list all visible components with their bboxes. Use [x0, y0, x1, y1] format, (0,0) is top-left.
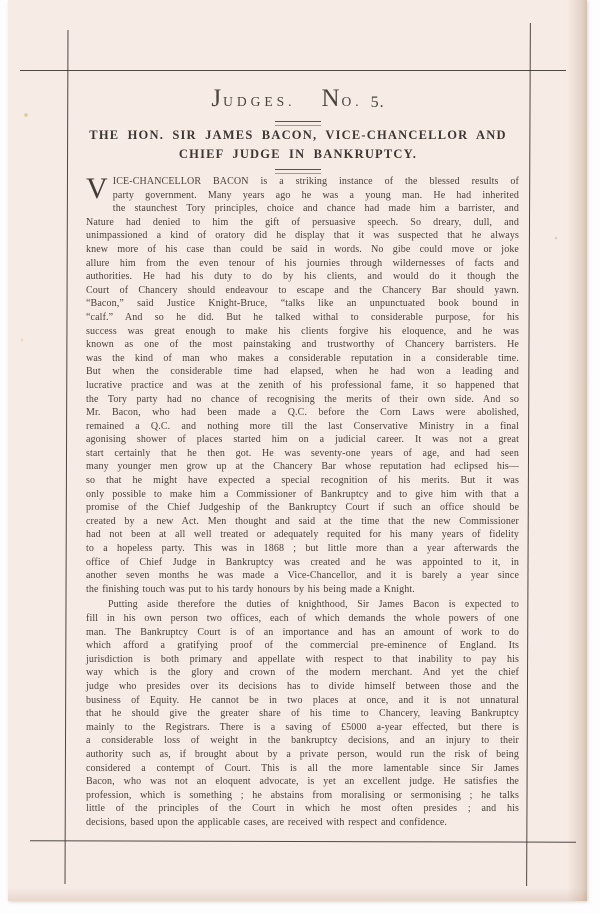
paragraph: Putting aside therefore the duties of kn…	[86, 598, 519, 829]
text-line: office of Chief Judge in Bankruptcy was …	[86, 556, 519, 570]
text-line: man. The Bankruptcy Court is of an impor…	[86, 626, 519, 640]
article-heading-line1: THE HON. SIR JAMES BACON, VICE-CHANCELLO…	[53, 126, 543, 145]
text-line: had not been at all well treated or adeq…	[86, 528, 519, 542]
text-line: way which is the glory and crown of the …	[86, 666, 519, 680]
text-line: authorities. He had his duty to do by hi…	[86, 270, 519, 284]
drop-cap: V	[86, 175, 113, 203]
text-line: another seven months he was made a Vice-…	[86, 569, 519, 583]
text-line: promise of the Chief Judgeship of the Ba…	[86, 501, 519, 515]
heading-rule	[275, 169, 321, 174]
text-line: remained a Q.C. and nothing more till th…	[86, 420, 519, 434]
text-line: But when the considerable time had elaps…	[86, 365, 519, 379]
text-line: lucrative practice and was at the zenith…	[86, 379, 519, 393]
text-line: the finishing touch was put to his tardy…	[86, 583, 519, 597]
text-line: the Tory party had no chance of recognis…	[86, 393, 519, 407]
masthead-number-rest: O.	[342, 94, 363, 109]
text-line: judge who presides over its decisions ha…	[86, 680, 519, 694]
text-line: considered a contempt of Court. This is …	[86, 762, 519, 776]
frame-rule-top	[20, 70, 566, 71]
paragraph: VICE-CHANCELLOR BACON is a striking inst…	[86, 175, 519, 596]
text-line: was the kind of man who makes a consider…	[86, 352, 519, 366]
paper-sheet: JUDGES.NO.5. THE HON. SIR JAMES BACON, V…	[8, 0, 587, 901]
text-line: Mr. Bacon, who had been made a Q.C. befo…	[86, 406, 519, 420]
text-line: “Bacon,” said Justice Knight-Bruce, “tal…	[86, 297, 519, 311]
text-line: the staunchest Tory principles, choice a…	[86, 202, 519, 216]
text-line: knew more of his case than could be said…	[86, 243, 519, 257]
text-line: Bacon, who was not an eloquent advocate,…	[86, 775, 519, 789]
text-line: that he should give the greater share of…	[86, 707, 519, 721]
article-heading: THE HON. SIR JAMES BACON, VICE-CHANCELLO…	[53, 126, 543, 163]
text-line: known as one of the most painstaking and…	[86, 338, 519, 352]
masthead-title-initial: J	[211, 85, 223, 112]
text-line: business of Equity. He cannot be in two …	[86, 694, 519, 708]
text-line: which afford a gratifying proof of the c…	[86, 639, 519, 653]
text-line: party government. Many years ago he was …	[86, 189, 519, 203]
scanned-page: JUDGES.NO.5. THE HON. SIR JAMES BACON, V…	[0, 0, 600, 914]
article-heading-line2: CHIEF JUDGE IN BANKRUPTCY.	[53, 145, 543, 164]
text-line: agonising shower of places started him o…	[86, 433, 519, 447]
text-line: “calf.” And so he did. But he talked wit…	[86, 311, 519, 325]
text-line: created by a new Act. Men thought and sa…	[86, 515, 519, 529]
text-line: authority such as, if brought about by a…	[86, 748, 519, 762]
masthead-number-figure: 5.	[371, 94, 385, 111]
masthead-number-initial: N	[321, 85, 341, 112]
text-line: ICE-CHANCELLOR BACON is a striking insta…	[86, 175, 519, 189]
text-line: mainly to the Registrars. There is a sav…	[86, 721, 519, 735]
text-line: Putting aside therefore the duties of kn…	[86, 598, 519, 612]
text-line: profession, which is something ; he abst…	[86, 789, 519, 803]
text-line: decisions, based upon the applicable cas…	[86, 816, 519, 830]
text-line: only possible to make him a Commissioner…	[86, 488, 519, 502]
text-line: success was great enough to make his cli…	[86, 325, 519, 339]
text-line: little of the principles of the Court in…	[86, 802, 519, 816]
text-line: so that he might have expected a special…	[86, 474, 519, 488]
text-line: jurisdiction is both primary and appella…	[86, 653, 519, 667]
text-line: to a hopeless party. This was in 1868 ; …	[86, 542, 519, 556]
text-line: Court of Chancery should endeavour to es…	[86, 284, 519, 298]
text-line: unimpassioned a kind of oratory did he d…	[86, 229, 519, 243]
masthead: JUDGES.NO.5.	[68, 86, 528, 111]
text-line: allure him from the even tenour of his j…	[86, 257, 519, 271]
text-line: fill in his own person two offices, each…	[86, 612, 519, 626]
text-line: a considerable loss of weight in the ban…	[86, 734, 519, 748]
article-body: VICE-CHANCELLOR BACON is a striking inst…	[86, 175, 519, 830]
text-line: start certainly that he then got. He was…	[86, 447, 519, 461]
frame-rule-bottom	[30, 840, 576, 843]
text-line: many younger men grow up at the Chancery…	[86, 460, 519, 474]
title-rule	[275, 121, 321, 126]
text-line: Nature had denied to him the gift of per…	[86, 216, 519, 230]
masthead-title-rest: UDGES.	[223, 94, 295, 109]
